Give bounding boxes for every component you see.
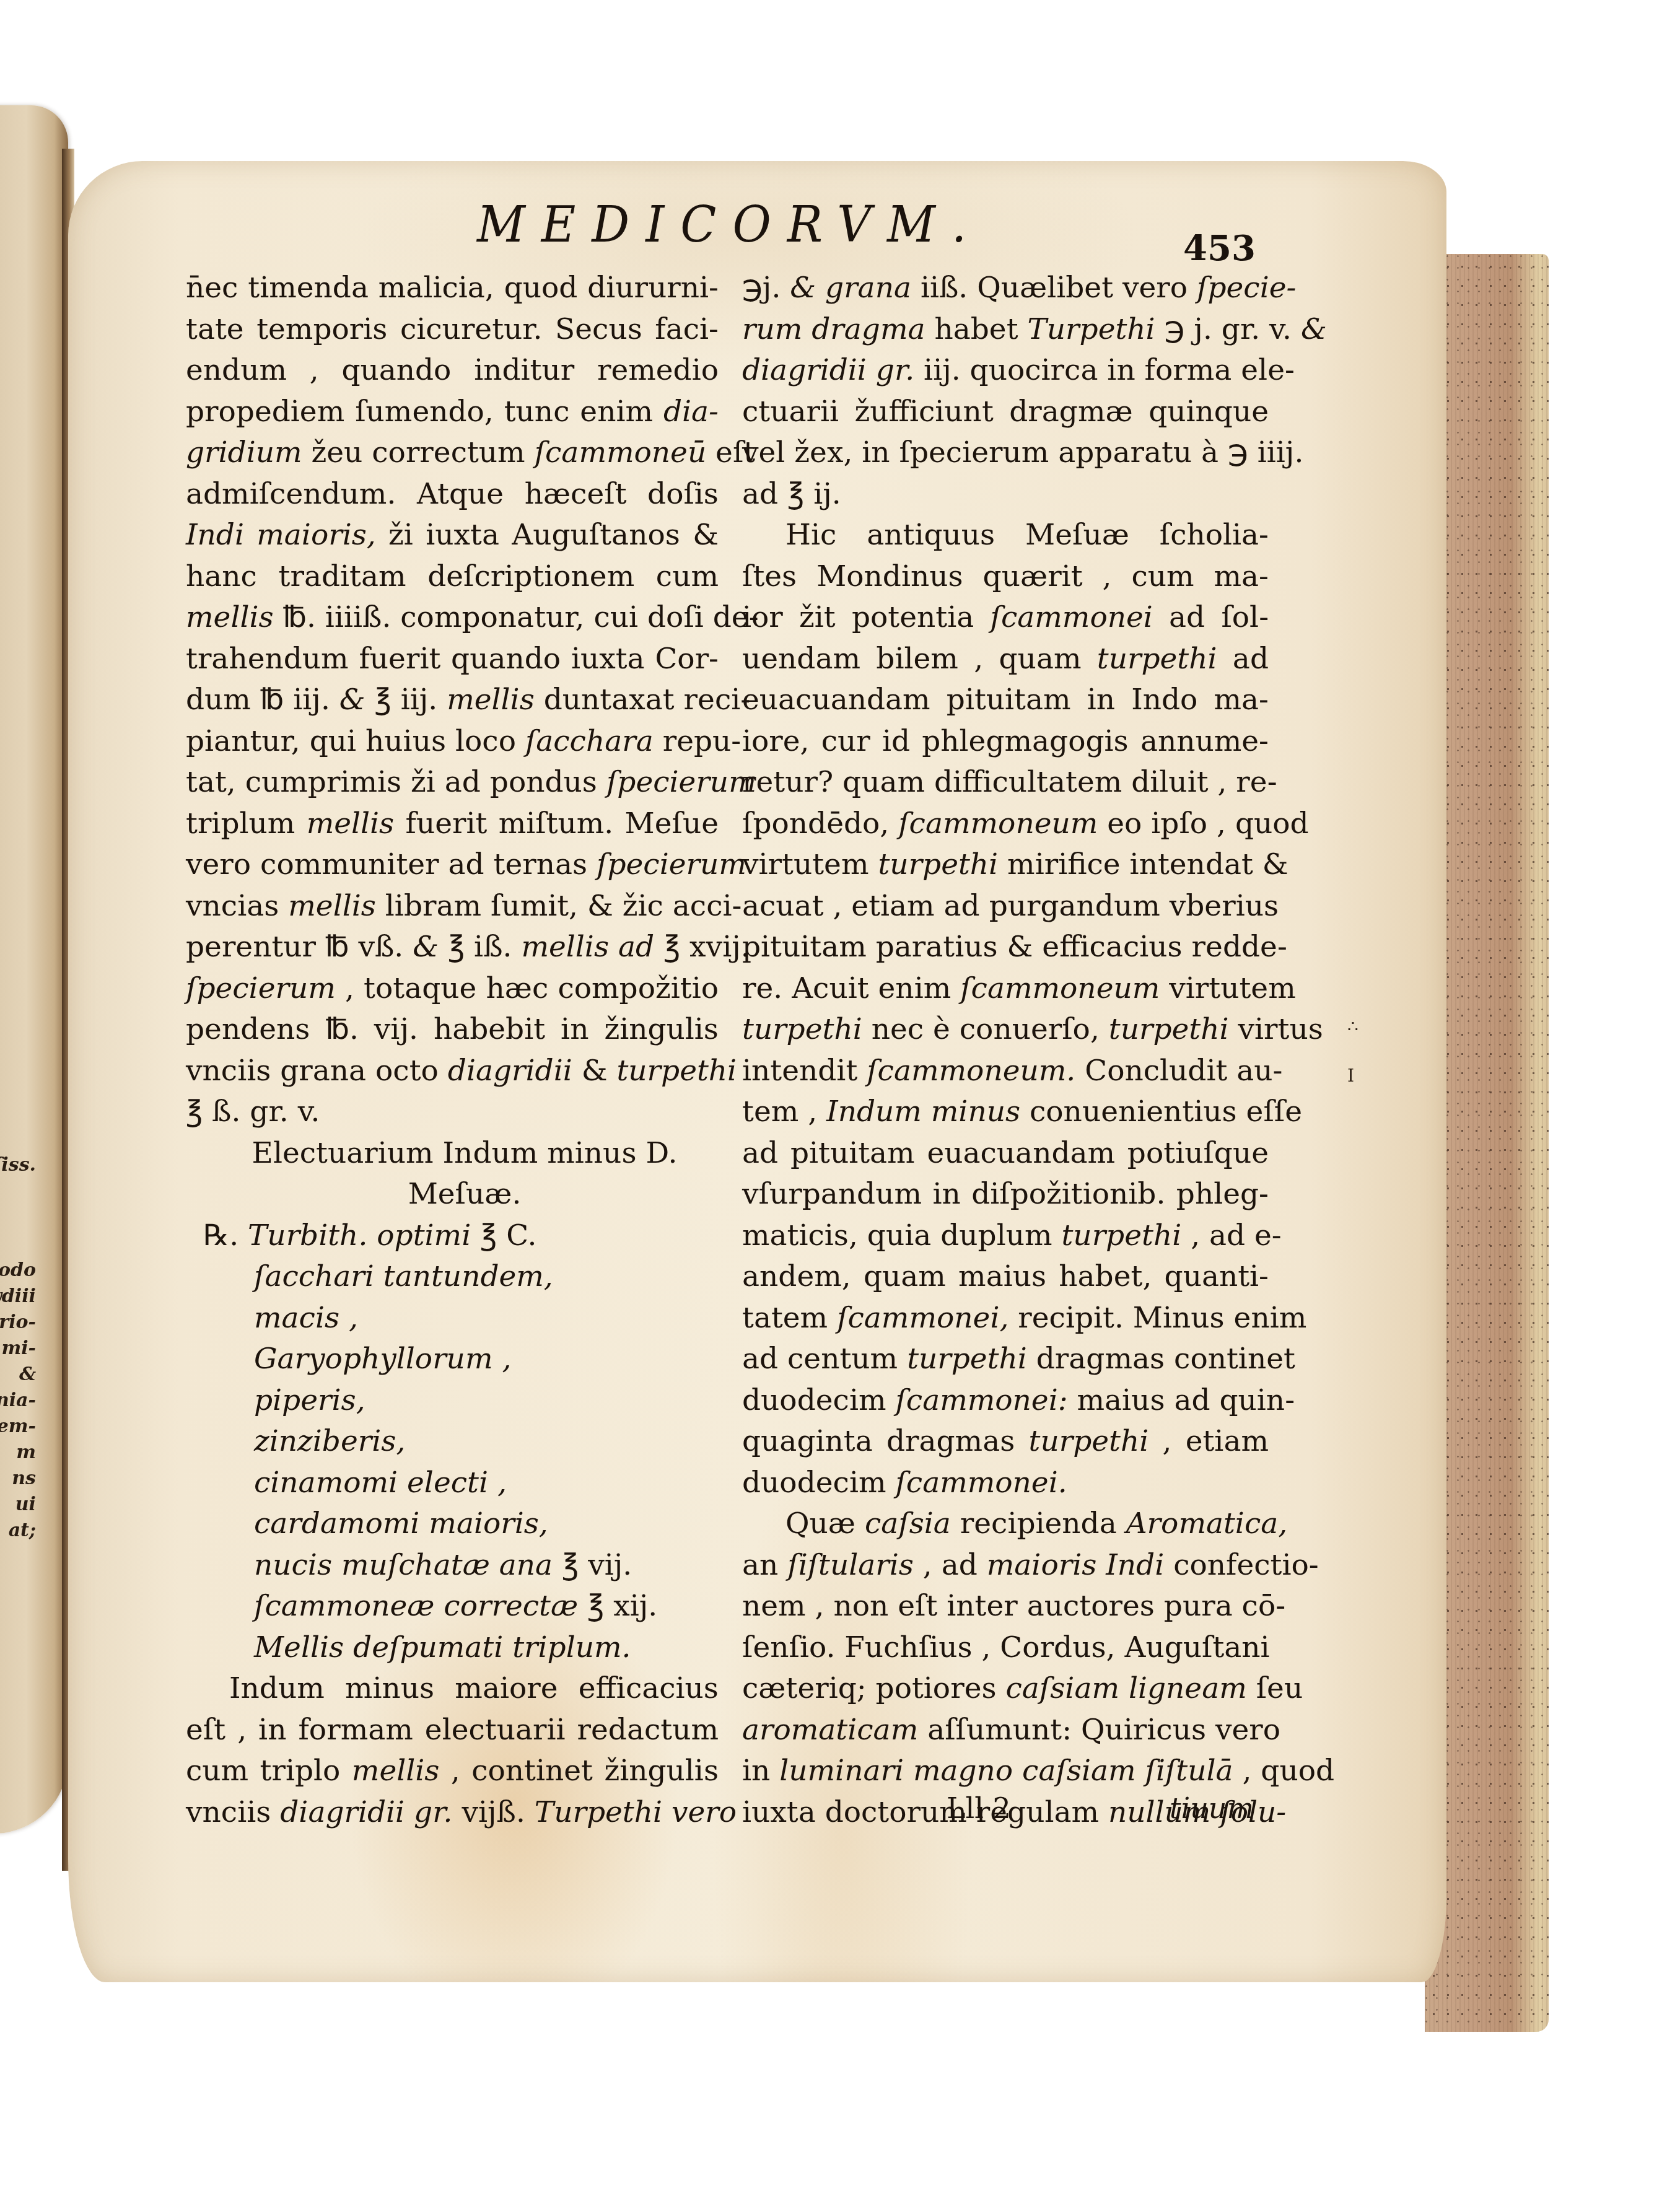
roman-run: , etiam (1148, 1424, 1269, 1458)
text-line: piantur, qui huius loco ſacchara repu- (186, 721, 719, 763)
italic-run: Garyophyllorum , (254, 1342, 511, 1376)
roman-run: in (742, 1754, 779, 1788)
roman-run: ad ſol- (1153, 600, 1269, 634)
italic-run: turpethi (1097, 642, 1217, 676)
roman-run: pituitam paratius & efficacius redde- (742, 930, 1287, 964)
roman-run: propediem ſumendo, tunc enim (186, 395, 663, 429)
text-line: ad centum turpethi dragmas continet (742, 1339, 1269, 1380)
roman-run: n̄ec timenda malicia, quod diururni- (186, 271, 719, 305)
text-line: quaginta dragmas turpethi , etiam (742, 1421, 1269, 1463)
text-line: eſt , in formam electuarii redactum (186, 1710, 719, 1751)
italic-run: Turpethi vero (535, 1795, 737, 1829)
italic-run: mellis (447, 683, 535, 717)
roman-run: aſſumunt: Quiricus vero (918, 1713, 1280, 1747)
text-line: Electuarium Indum minus D. (186, 1133, 719, 1174)
text-line: iore, cur id phlegmagogis annume- (742, 721, 1269, 763)
roman-run: ℥ xij. (578, 1589, 657, 1623)
roman-run: virtutem (742, 847, 878, 881)
italic-run: ſpecierum (606, 765, 756, 799)
roman-run: vncias (186, 889, 288, 923)
roman-run: eſt , in formam electuarii redactum (186, 1713, 719, 1747)
roman-run: admiſcendum. Atque hæceſt doſis (186, 477, 719, 511)
text-line: ad ℥ ij. (742, 474, 1269, 515)
text-line: ctuarii žufficiunt dragmæ quinque (742, 391, 1269, 433)
italic-run: ſacchara (525, 724, 654, 758)
roman-run: habet (925, 312, 1028, 346)
roman-run: conuenientius eſſe (1020, 1095, 1302, 1129)
roman-run: vel žex, in ſpecierum apparatu à ℈ iiij. (742, 435, 1303, 470)
text-line: diagridii gr. iij. quocirca in forma ele… (742, 350, 1269, 391)
roman-run: ℥ C. (471, 1218, 536, 1253)
italic-run: luminari magno caſsiam ſiſtulā (779, 1754, 1233, 1788)
italic-run: turpethi (878, 847, 998, 881)
roman-run: retur? quam difficultatem diluit , re- (742, 765, 1277, 799)
text-line: macis , (186, 1298, 719, 1339)
roman-run: duodecim (742, 1383, 895, 1417)
italic-run: ſcammoneæ correctæ (254, 1589, 578, 1623)
roman-run: ℔. iiiiß. componatur, cui doſi de- (274, 600, 759, 634)
roman-run: duodecim (742, 1466, 895, 1500)
facing-page-fragment: ſiss. (0, 1152, 36, 1178)
roman-run: ℈j. (742, 271, 790, 305)
text-line: endum , quando inditur remedio (186, 350, 719, 391)
roman-run: iij. quocirca in forma ele- (914, 353, 1295, 387)
italic-run: piperis, (254, 1383, 365, 1417)
roman-run: Meſuæ. (408, 1177, 522, 1211)
roman-run: confectio- (1164, 1548, 1318, 1582)
facing-page-fragment: & (19, 1362, 36, 1388)
italic-run: Aromatica, (1126, 1507, 1288, 1541)
text-line: ſpondēdo, ſcammoneum eo ipſo , quod (742, 803, 1269, 845)
text-line: pendens ℔. vij. habebit in žingulis (186, 1009, 719, 1051)
roman-run: vijß. (452, 1795, 534, 1829)
margin-mark: Ι (1347, 1065, 1354, 1086)
roman-run: ad ℥ ij. (742, 477, 841, 511)
roman-run: ℥ iij. (365, 683, 447, 717)
text-line: Indi maioris, ži iuxta Auguſtanos & (186, 515, 719, 556)
italic-run: Indi maioris, (186, 518, 376, 552)
text-line: retur? quam difficultatem diluit , re- (742, 762, 1269, 803)
roman-run: dum ℔ iij. (186, 683, 339, 717)
italic-run: macis , (254, 1301, 358, 1335)
text-line: nem , non eſt inter auctores pura cō- (742, 1586, 1269, 1627)
facing-page-fragment: nia- (0, 1388, 36, 1414)
text-line: Quæ caſsia recipienda Aromatica, (742, 1503, 1269, 1545)
italic-run: & (339, 683, 365, 717)
text-line: tate temporis cicuretur. Secus faci- (186, 309, 719, 351)
roman-run: ad (1217, 642, 1269, 676)
italic-run: mellis (186, 600, 274, 634)
text-line: ſenſio. Fuchſius , Cordus, Auguſtani (742, 1627, 1269, 1669)
roman-run: ℥ xvij. (654, 930, 750, 964)
italic-run: zinziberis, (254, 1424, 405, 1458)
roman-run: , totaque hæc compožitio (336, 971, 719, 1005)
italic-run: Turpethi (1027, 312, 1155, 346)
text-line: aromaticam aſſumunt: Quiricus vero (742, 1710, 1269, 1751)
text-line: ad pituitam euacuandam potiuſque (742, 1133, 1269, 1174)
roman-run: quaginta dragmas (742, 1424, 1029, 1458)
italic-run: mellis (288, 889, 376, 923)
italic-run: ſcammonei: (895, 1383, 1067, 1417)
roman-run: andem, quam maius habet, quanti- (742, 1259, 1269, 1293)
italic-run: cardamomi maioris, (254, 1507, 548, 1541)
roman-run: ctuarii žufficiunt dragmæ quinque (742, 395, 1269, 429)
text-line: maticis, quia duplum turpethi , ad e- (742, 1215, 1269, 1257)
text-line: gridium žeu correctum ſcammoneū eſt (186, 432, 719, 474)
roman-run: & (572, 1054, 617, 1088)
text-line: turpethi nec è conuerſo, turpethi virtus (742, 1009, 1269, 1051)
roman-run: Quæ (785, 1507, 865, 1541)
text-line: ℞. Turbith. optimi ℥ C. (186, 1215, 719, 1257)
roman-run: ži iuxta Auguſtanos & (376, 518, 719, 552)
text-line: ℥ ß. gr. v. (186, 1091, 719, 1133)
text-line: triplum mellis fuerit miſtum. Meſue (186, 803, 719, 845)
roman-run: Indum minus maiore efficacius (229, 1671, 719, 1705)
roman-run: recipit. Minus enim (1008, 1301, 1306, 1335)
roman-run: nem , non eſt inter auctores pura cō- (742, 1589, 1285, 1623)
roman-run: maticis, quia duplum (742, 1218, 1061, 1253)
roman-run: tem , (742, 1095, 826, 1129)
roman-run: intendit (742, 1054, 867, 1088)
roman-run: fuerit miſtum. Meſue (394, 807, 719, 841)
text-line: Mellis deſpumati triplum. (186, 1627, 719, 1669)
text-line: Meſuæ. (186, 1174, 719, 1215)
roman-run: vero communiter ad ternas (186, 847, 597, 881)
roman-run: Electuarium Indum minus D. (252, 1136, 678, 1170)
facing-page: ſiss.modorydiiiuario-mi-&nia-em-mnsuiat; (0, 105, 68, 1834)
text-line: piperis, (186, 1380, 719, 1422)
facing-page-fragment: em- (0, 1414, 36, 1440)
italic-run: ſcammonei (991, 600, 1153, 634)
text-line: cum triplo mellis , continet žingulis (186, 1751, 719, 1792)
italic-run: cinamomi electi , (254, 1466, 507, 1500)
italic-run: mellis (352, 1754, 440, 1788)
text-line: pituitam paratius & efficacius redde- (742, 927, 1269, 968)
italic-run: caſsia (865, 1507, 951, 1541)
italic-run: turpethi (1061, 1218, 1181, 1253)
italic-run: Turbith. optimi (248, 1218, 471, 1253)
margin-mark: ∴ (1347, 1016, 1358, 1036)
roman-run: ℥ vij. (553, 1548, 632, 1582)
roman-run: ℥ ß. gr. v. (186, 1095, 320, 1129)
facing-page-fragment: m (16, 1440, 36, 1466)
italic-run: & grana (790, 271, 911, 305)
roman-run: euacuandam pituitam in Indo ma- (742, 683, 1269, 717)
text-line: zinziberis, (186, 1421, 719, 1463)
italic-run: rum dragma (742, 312, 925, 346)
roman-run: ℞. (203, 1218, 248, 1253)
roman-run: tatem (742, 1301, 837, 1335)
roman-run: , continet žingulis (439, 1754, 719, 1788)
text-line: rum dragma habet Turpethi ℈ j. gr. v. & (742, 309, 1269, 351)
roman-run: piantur, qui huius loco (186, 724, 525, 758)
roman-run: duntaxat reci- (535, 683, 750, 717)
text-line: vnciis grana octo diagridii & turpethi (186, 1051, 719, 1092)
italic-run: gridium (186, 435, 302, 470)
roman-run: ſeu (1247, 1671, 1303, 1705)
text-line: vncias mellis libram ſumit, & žic acci- (186, 886, 719, 927)
text-line: admiſcendum. Atque hæceſt doſis (186, 474, 719, 515)
italic-run: caſsiam ligneam (1006, 1671, 1247, 1705)
text-line: virtutem turpethi mirifice intendat & (742, 844, 1269, 886)
roman-run: nec è conuerſo, (862, 1012, 1109, 1046)
text-line: vſurpandum in diſpožitionib. phleg- (742, 1174, 1269, 1215)
italic-run: & (1301, 312, 1327, 346)
roman-run: re. Acuit enim (742, 971, 960, 1005)
italic-run: Indum minus (826, 1095, 1020, 1129)
text-line: cæteriq; potiores caſsiam ligneam ſeu (742, 1668, 1269, 1710)
text-line: vnciis diagridii gr. vijß. Turpethi vero (186, 1792, 719, 1834)
italic-run: ſcammoneum (898, 807, 1098, 841)
italic-run: & (413, 930, 439, 964)
roman-run: cæteriq; potiores (742, 1671, 1006, 1705)
facing-page-fragment: ui (15, 1492, 36, 1518)
text-line: duodecim ſcammonei: maius ad quin- (742, 1380, 1269, 1422)
roman-run: vnciis (186, 1795, 280, 1829)
roman-run: trahendum fuerit quando iuxta Cor- (186, 642, 719, 676)
running-head: MEDICORVM. (477, 196, 982, 253)
right-text-column: ℈j. & grana iiß. Quælibet vero ſpecie-ru… (742, 268, 1269, 1833)
text-line: Hic antiquus Meſuæ ſcholia- (742, 515, 1269, 556)
facing-page-fragment: ns (12, 1466, 36, 1492)
roman-run: vſurpandum in diſpožitionib. phleg- (742, 1177, 1269, 1211)
text-line: ior žit potentia ſcammonei ad ſol- (742, 597, 1269, 639)
text-line: Garyophyllorum , (186, 1339, 719, 1380)
roman-run: endum , quando inditur remedio (186, 353, 719, 387)
roman-run: ad centum (742, 1342, 907, 1376)
italic-run: mellis ad (521, 930, 654, 964)
facing-page-fragment: mi- (1, 1336, 36, 1362)
text-line: in luminari magno caſsiam ſiſtulā , quod (742, 1751, 1269, 1792)
left-text-column: n̄ec timenda malicia, quod diururni-tate… (186, 268, 719, 1833)
roman-run: ſtes Mondinus quærit , cum ma- (742, 559, 1269, 593)
text-line: re. Acuit enim ſcammoneum virtutem (742, 968, 1269, 1010)
roman-run: repu- (654, 724, 741, 758)
italic-run: ſcammonei, (837, 1301, 1008, 1335)
roman-run: uendam bilem , quam (742, 642, 1097, 676)
text-line: ℈j. & grana iiß. Quælibet vero ſpecie- (742, 268, 1269, 309)
italic-run: ſpecie- (1197, 271, 1296, 305)
italic-run: diagridii gr. (280, 1795, 452, 1829)
roman-run: cum triplo (186, 1754, 352, 1788)
roman-run: virtus (1229, 1012, 1323, 1046)
italic-run: turpethi (907, 1342, 1027, 1376)
roman-run: tat, cumprimis ži ad pondus (186, 765, 606, 799)
italic-run: diagridii (448, 1054, 572, 1088)
roman-run: virtutem (1160, 971, 1295, 1005)
italic-run: ſpecierum (186, 971, 336, 1005)
roman-run: ior žit potentia (742, 600, 991, 634)
page-number: 453 (1183, 228, 1256, 269)
roman-run: an (742, 1548, 787, 1582)
italic-run: ſacchari tantundem, (254, 1259, 553, 1293)
italic-run: dia- (663, 395, 719, 429)
italic-run: nucis muſchatæ ana (254, 1548, 553, 1582)
text-line: propediem ſumendo, tunc enim dia- (186, 391, 719, 433)
italic-run: Mellis deſpumati triplum. (254, 1630, 631, 1664)
roman-run: ſenſio. Fuchſius , Cordus, Auguſtani (742, 1630, 1270, 1664)
text-line: ſpecierum , totaque hæc compožitio (186, 968, 719, 1010)
italic-run: maioris Indi (987, 1548, 1164, 1582)
text-line: an ſiſtularis , ad maioris Indi confecti… (742, 1545, 1269, 1586)
text-line: cardamomi maioris, (186, 1503, 719, 1545)
text-line: tem , Indum minus conuenientius eſſe (742, 1091, 1269, 1133)
roman-run: iore, cur id phlegmagogis annume- (742, 724, 1269, 758)
italic-run: aromaticam (742, 1713, 918, 1747)
text-line: mellis ℔. iiiiß. componatur, cui doſi de… (186, 597, 719, 639)
italic-run: ſiſtularis (787, 1548, 914, 1582)
italic-run: ſcammoneum (960, 971, 1160, 1005)
roman-run: eo ipſo , quod (1098, 807, 1308, 841)
text-line: tatem ſcammonei, recipit. Minus enim (742, 1298, 1269, 1339)
text-line: ſtes Mondinus quærit , cum ma- (742, 556, 1269, 598)
text-line: trahendum fuerit quando iuxta Cor- (186, 639, 719, 680)
text-line: duodecim ſcammonei. (742, 1463, 1269, 1504)
roman-run: maius ad quin- (1068, 1383, 1295, 1417)
italic-run: ſpecierum (597, 847, 746, 881)
roman-run: Hic antiquus Meſuæ ſcholia- (785, 518, 1269, 552)
text-line: nucis muſchatæ ana ℥ vij. (186, 1545, 719, 1586)
text-line: tat, cumprimis ži ad pondus ſpecierum (186, 762, 719, 803)
text-line: Indum minus maiore efficacius (186, 1668, 719, 1710)
facing-page-fragment: modo (0, 1257, 36, 1284)
roman-run: libram ſumit, & žic acci- (376, 889, 742, 923)
italic-run: turpethi (616, 1054, 737, 1088)
text-line: acuat , etiam ad purgandum vberius (742, 886, 1269, 927)
text-line: euacuandam pituitam in Indo ma- (742, 680, 1269, 721)
roman-run: recipienda (951, 1507, 1126, 1541)
roman-run: iuxta doctorum regulam (742, 1795, 1108, 1829)
italic-run: diagridii gr. (742, 353, 914, 387)
roman-run: acuat , etiam ad purgandum vberius (742, 889, 1279, 923)
text-line: ſacchari tantundem, (186, 1256, 719, 1298)
roman-run: ℥ iß. (439, 930, 521, 964)
text-line: vero communiter ad ternas ſpecierum (186, 844, 719, 886)
roman-run: , quod (1233, 1754, 1335, 1788)
text-line: vel žex, in ſpecierum apparatu à ℈ iiij. (742, 432, 1269, 474)
text-line: andem, quam maius habet, quanti- (742, 1256, 1269, 1298)
italic-run: turpethi (1109, 1012, 1229, 1046)
roman-run: Concludit au- (1075, 1054, 1282, 1088)
roman-run: ℈ j. gr. v. (1155, 312, 1301, 346)
italic-run: turpethi (1029, 1424, 1149, 1458)
facing-page-fragment: rydiii (0, 1284, 36, 1310)
roman-run: vnciis grana octo (186, 1054, 448, 1088)
italic-run: ſcammonei. (895, 1466, 1067, 1500)
italic-run: ſcammoneū (535, 435, 707, 470)
text-line: ſcammoneæ correctæ ℥ xij. (186, 1586, 719, 1627)
text-line: perentur ℔ vß. & ℥ iß. mellis ad ℥ xvij. (186, 927, 719, 968)
text-line: intendit ſcammoneum. Concludit au- (742, 1051, 1269, 1092)
roman-run: , ad (914, 1548, 987, 1582)
roman-run: , ad e- (1181, 1218, 1282, 1253)
roman-run: iiß. Quælibet vero (911, 271, 1197, 305)
italic-run: turpethi (742, 1012, 862, 1046)
roman-run: mirifice intendat & (998, 847, 1288, 881)
text-line: n̄ec timenda malicia, quod diururni- (186, 268, 719, 309)
text-line: uendam bilem , quam turpethi ad (742, 639, 1269, 680)
roman-run: triplum (186, 807, 307, 841)
roman-run: ad pituitam euacuandam potiuſque (742, 1136, 1269, 1170)
text-line: dum ℔ iij. & ℥ iij. mellis duntaxat reci… (186, 680, 719, 721)
roman-run: tate temporis cicuretur. Secus faci- (186, 312, 719, 346)
facing-page-fragment: at; (9, 1518, 36, 1544)
catchword: tiuum (1170, 1791, 1254, 1825)
roman-run: dragmas continet (1027, 1342, 1295, 1376)
roman-run: žeu correctum (302, 435, 535, 470)
roman-run: pendens ℔. vij. habebit in žingulis (186, 1012, 719, 1046)
roman-run: perentur ℔ vß. (186, 930, 413, 964)
roman-run: hanc traditam deſcriptionem cum (186, 559, 719, 593)
signature-mark: Lll 2 (947, 1791, 1011, 1825)
roman-run: ſpondēdo, (742, 807, 898, 841)
italic-run: ſcammoneum. (867, 1054, 1075, 1088)
text-line: hanc traditam deſcriptionem cum (186, 556, 719, 598)
italic-run: mellis (307, 807, 395, 841)
facing-page-fragment: uario- (0, 1310, 36, 1336)
text-line: cinamomi electi , (186, 1463, 719, 1504)
